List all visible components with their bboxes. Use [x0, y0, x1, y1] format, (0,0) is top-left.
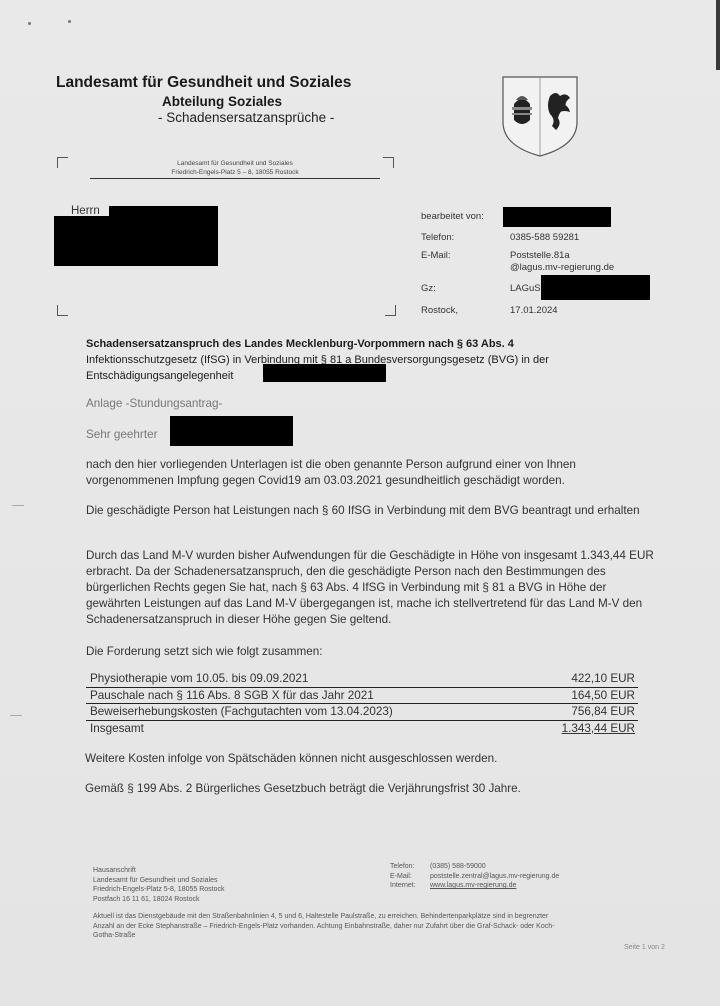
division-name: - Schadensersatzansprüche - — [158, 110, 334, 125]
place-label: Rostock, — [421, 305, 458, 316]
authority-name: Landesamt für Gesundheit und Soziales — [56, 74, 351, 92]
email-value[interactable]: Poststelle.81a @lagus.mv-regierung.de — [510, 250, 614, 274]
directions-line-1: Aktuell ist das Dienstgebäude mit den St… — [93, 912, 673, 922]
claim-total-amount: 1.343,44 EUR — [562, 721, 635, 737]
paragraph-2: Die geschädigte Person hat Leistungen na… — [86, 503, 658, 519]
coat-of-arms-icon — [500, 74, 580, 158]
window-corner — [57, 305, 68, 316]
email-label: E-Mail: — [421, 250, 451, 261]
footer-phone-label: Telefon: — [390, 862, 430, 872]
phone-label: Telefon: — [421, 232, 454, 243]
note-further-costs: Weitere Kosten infolge von Spätschäden k… — [85, 751, 657, 767]
paragraph-1: nach den hier vorliegenden Unterlagen is… — [86, 457, 658, 489]
directions-line-3: Gotha-Straße — [93, 931, 673, 941]
footer-phone-value: (0385) 588-59000 — [430, 862, 486, 872]
footer-address: Hausanschrift Landesamt für Gesundheit u… — [93, 866, 225, 904]
reference-label: Gz: — [421, 283, 436, 294]
page-indicator: Seite 1 von 2 — [624, 943, 665, 953]
claim-intro: Die Forderung setzt sich wie folgt zusam… — [86, 644, 658, 660]
footer-email-label: E-Mail: — [390, 872, 430, 882]
reference-value: LAGuS — [510, 283, 541, 295]
phone-value: 0385-588 59281 — [510, 232, 579, 244]
subject-line-1: Schadensersatzanspruch des Landes Meckle… — [86, 336, 666, 352]
processed-by-label: bearbeitet von: — [421, 211, 484, 222]
window-corner — [57, 157, 68, 168]
claim-description: Physiotherapie vom 10.05. bis 09.09.2021 — [90, 671, 308, 687]
footer-address-line-3: Postfach 16 11 61, 18024 Rostock — [93, 895, 225, 905]
letter-page: Landesamt für Gesundheit und Soziales Ab… — [0, 0, 720, 1006]
footer-website-link[interactable]: www.lagus.mv-regierung.de — [430, 881, 516, 891]
claim-description: Beweiserhebungskosten (Fachgutachten vom… — [90, 704, 393, 720]
redacted-reference — [541, 275, 650, 300]
redacted-case-name — [263, 364, 386, 382]
claim-row: Physiotherapie vom 10.05. bis 09.09.2021… — [86, 671, 638, 688]
fold-mark — [10, 715, 22, 716]
note-limitation: Gemäß § 199 Abs. 2 Bürgerliches Gesetzbu… — [85, 781, 657, 797]
footer-address-line-1: Landesamt für Gesundheit und Soziales — [93, 876, 225, 886]
claim-row: Pauschale nach § 116 Abs. 8 SGB X für da… — [86, 688, 638, 705]
claim-amount: 164,50 EUR — [571, 688, 635, 704]
attachment-note: Anlage -Stundungsantrag- — [86, 396, 658, 412]
footer-address-line-2: Friedrich-Engels-Platz 5-8, 18055 Rostoc… — [93, 885, 225, 895]
window-corner — [383, 157, 394, 168]
footer-contact: Telefon:(0385) 588-59000 E-Mail:poststel… — [390, 862, 559, 891]
redacted-greeting-name — [170, 416, 293, 446]
claim-amount: 756,84 EUR — [571, 704, 635, 720]
claim-amount: 422,10 EUR — [571, 671, 635, 687]
footer-directions: Aktuell ist das Dienstgebäude mit den St… — [93, 912, 673, 941]
directions-line-2: Anzahl an der Ecke Stephanstraße – Fried… — [93, 922, 673, 932]
claim-table: Physiotherapie vom 10.05. bis 09.09.2021… — [86, 671, 638, 736]
claim-total-row: Insgesamt 1.343,44 EUR — [86, 721, 638, 737]
footer-email-link[interactable]: poststelle.zentral@lagus.mv-regierung.de — [430, 872, 559, 882]
sender-return-address: Landesamt für Gesundheit und Soziales Fr… — [90, 159, 380, 179]
footer-address-heading: Hausanschrift — [93, 866, 225, 876]
paragraph-3: Durch das Land M-V wurden bisher Aufwend… — [86, 548, 658, 628]
punch-mark — [28, 22, 31, 25]
fold-mark — [12, 505, 24, 506]
redacted-processed-by — [503, 207, 611, 227]
claim-row: Beweiserhebungskosten (Fachgutachten vom… — [86, 704, 638, 721]
email-value-line-1: Poststelle.81a — [510, 250, 614, 262]
sender-line-1: Landesamt für Gesundheit und Soziales — [90, 159, 380, 168]
department-name: Abteilung Soziales — [162, 94, 282, 109]
photo-edge — [716, 0, 720, 70]
sender-line-2: Friedrich-Engels-Platz 5 – 8, 18055 Rost… — [90, 168, 380, 177]
punch-mark — [68, 20, 71, 23]
footer-internet-label: Internet: — [390, 881, 430, 891]
claim-total-label: Insgesamt — [90, 721, 144, 737]
date-value: 17.01.2024 — [510, 305, 558, 317]
window-corner — [385, 305, 396, 316]
redacted-recipient-address — [54, 216, 218, 266]
email-value-line-2: @lagus.mv-regierung.de — [510, 262, 614, 274]
claim-description: Pauschale nach § 116 Abs. 8 SGB X für da… — [90, 688, 374, 704]
